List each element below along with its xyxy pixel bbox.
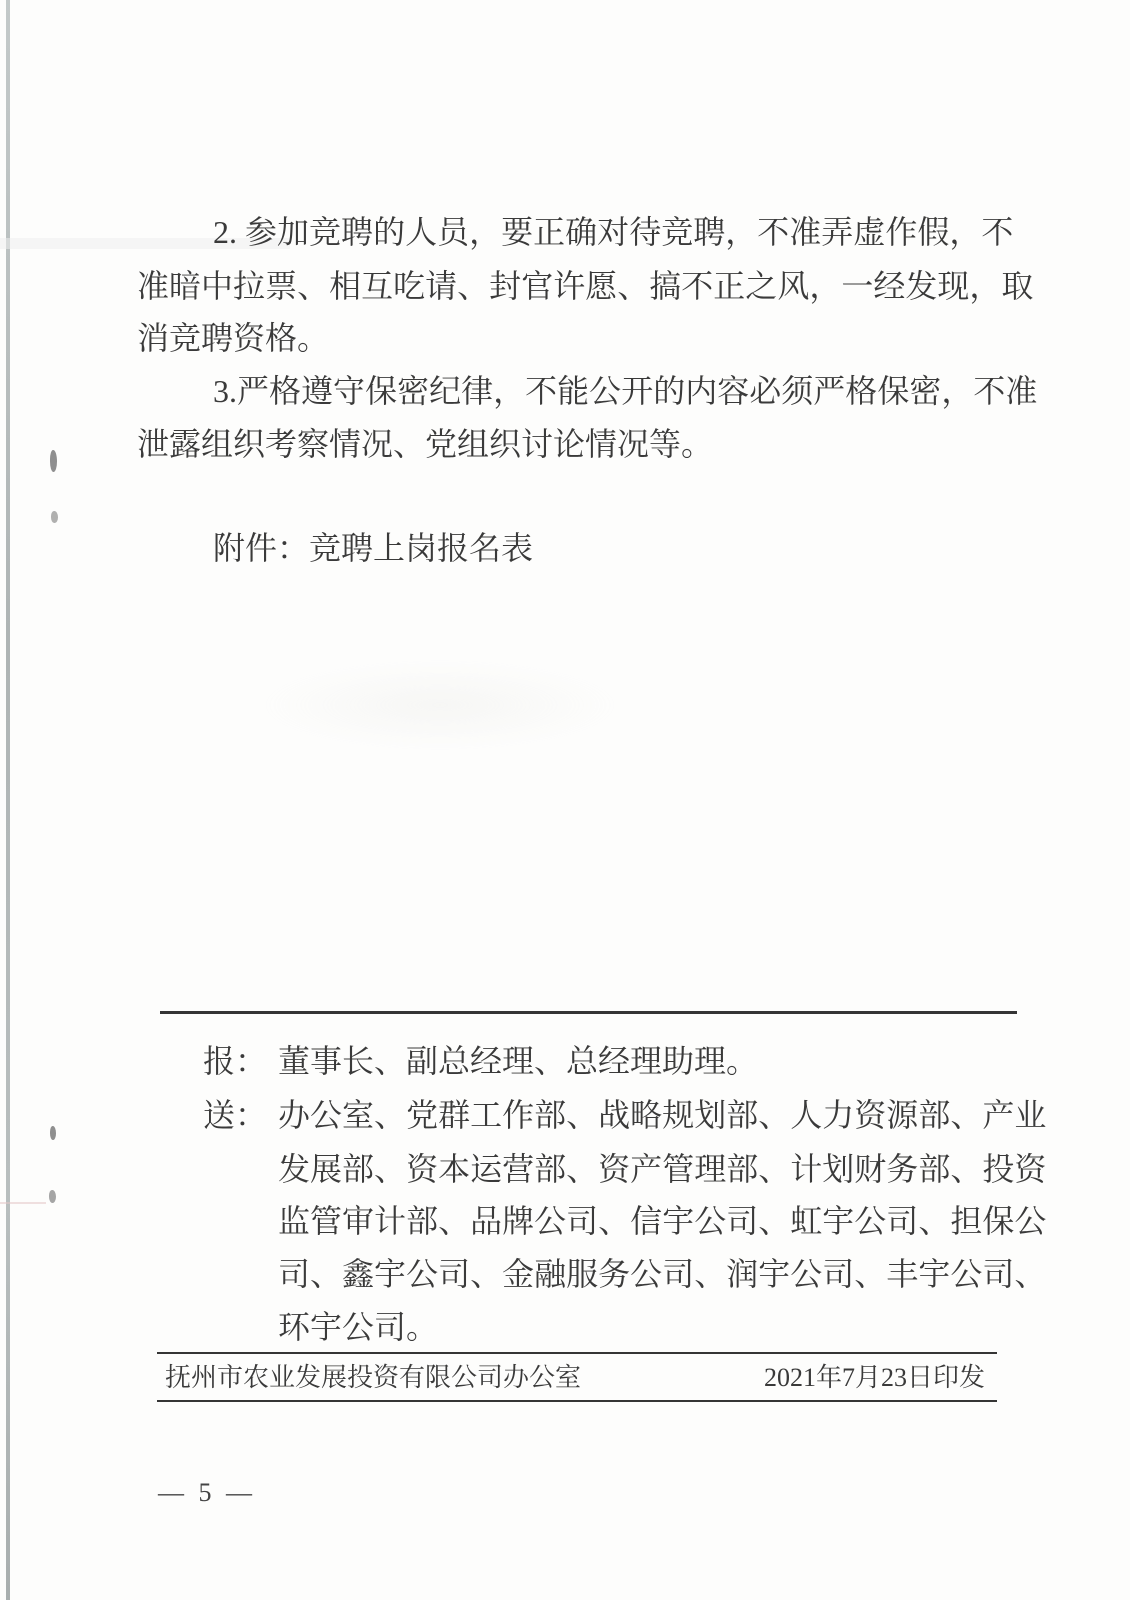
scanned-document-page: 2. 参加竞聘的人员，要正确对待竞聘，不准弄虚作假，不 准暗中拉票、相互吃请、封…	[0, 0, 1130, 1600]
send-to-line-3: 监管审计部、品牌公司、信宇公司、虹宇公司、担保公	[278, 1203, 990, 1240]
scan-artifact-speck	[49, 1190, 56, 1203]
footer-rule-bottom	[157, 1400, 997, 1402]
body-line-item2-1: 2. 参加竞聘的人员，要正确对待竞聘，不准弄虚作假，不	[213, 214, 990, 251]
scan-artifact-bleedthrough	[260, 660, 620, 750]
body-line-item3-1: 3.严格遵守保密纪律，不能公开的内容必须严格保密，不准	[213, 373, 990, 410]
footer-print-date: 2021年7月23日印发	[764, 1362, 985, 1393]
body-line-item3-2: 泄露组织考察情况、党组织讨论情况等。	[137, 426, 713, 463]
send-to-line-4: 司、鑫宇公司、金融服务公司、润宇公司、丰宇公司、	[278, 1256, 990, 1293]
report-to-label: 报：	[203, 1043, 267, 1080]
distribution-separator-rule	[160, 1011, 1017, 1014]
send-to-label: 送：	[203, 1097, 267, 1134]
body-line-item2-3: 消竞聘资格。	[137, 320, 329, 357]
attachment-note: 附件：竞聘上岗报名表	[213, 530, 533, 567]
report-to-content: 董事长、副总经理、总经理助理。	[278, 1043, 758, 1080]
footer-rule-top	[157, 1352, 997, 1354]
footer-issuing-office: 抚州市农业发展投资有限公司办公室	[165, 1362, 581, 1393]
page-number: — 5 —	[158, 1478, 256, 1508]
send-to-line-1: 办公室、党群工作部、战略规划部、人力资源部、产业	[278, 1097, 990, 1134]
scan-artifact-speck	[50, 450, 57, 472]
scan-artifact-pink-line	[0, 1202, 46, 1204]
send-to-line-5: 环宇公司。	[278, 1309, 438, 1346]
body-line-item2-2: 准暗中拉票、相互吃请、封官许愿、搞不正之风，一经发现，取	[137, 268, 990, 305]
send-to-line-2: 发展部、资本运营部、资产管理部、计划财务部、投资	[278, 1151, 990, 1188]
scan-artifact-speck	[51, 511, 58, 523]
scan-artifact-speck	[50, 1126, 56, 1140]
